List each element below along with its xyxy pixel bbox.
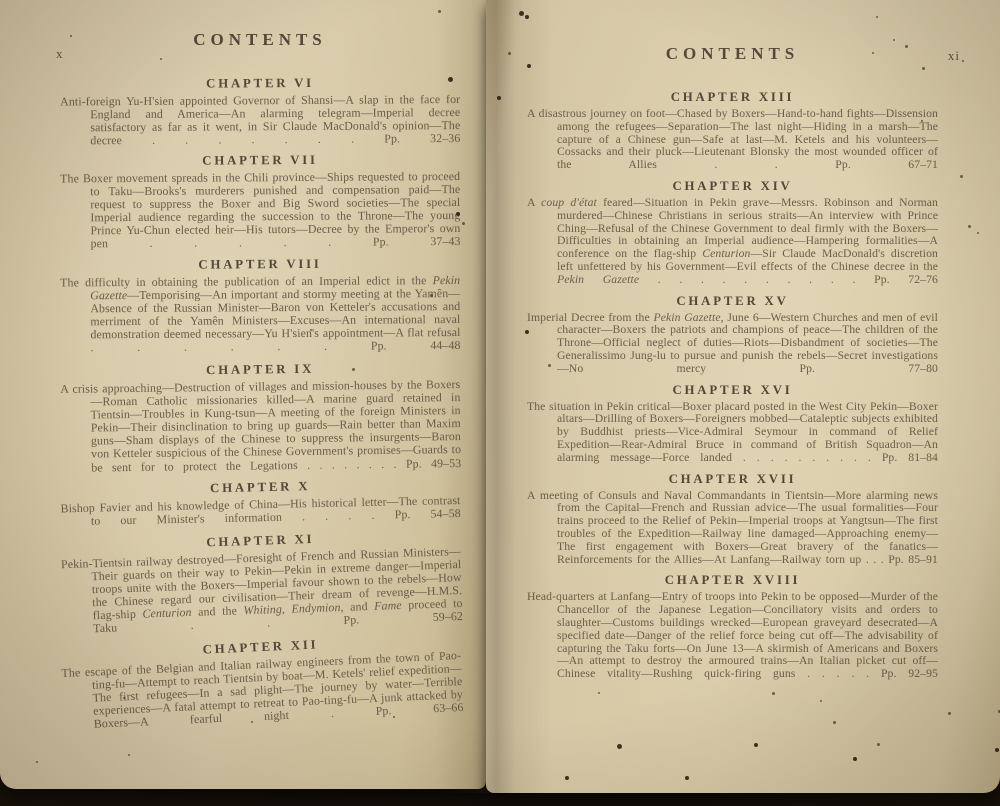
chapter-list-right: CHAPTER XIIIA disastrous journey on foot…	[527, 90, 938, 681]
right-page: CONTENTS xi CHAPTER XIIIA disastrous jou…	[486, 0, 1000, 793]
toc-chapter-entry: CHAPTER XIPekin-Tientsin railway destroy…	[60, 527, 463, 637]
page-range: Pp. 92–95	[881, 667, 938, 680]
page-range: Pp. 59–62	[343, 610, 463, 628]
page-range: Pp. 81–84	[882, 451, 938, 464]
toc-chapter-entry: CHAPTER XIIIA disastrous journey on foot…	[527, 90, 938, 172]
chapter-summary: A meeting of Consuls and Naval Commandan…	[527, 490, 938, 567]
toc-chapter-entry: CHAPTER IXA crisis approaching—Destructi…	[60, 360, 461, 475]
dot-leader: . . . . .	[807, 667, 869, 680]
chapter-summary: The difficulty in obtaining the publicat…	[60, 274, 460, 355]
left-page-content: x CONTENTS CHAPTER VIAnti-foreign Yu-H's…	[0, 0, 486, 789]
toc-chapter-entry: CHAPTER XBishop Favier and his knowledge…	[60, 476, 461, 529]
page-number-right: xi	[948, 48, 960, 64]
contents-heading-left: CONTENTS	[60, 30, 460, 50]
dot-leader: . . . .	[302, 508, 375, 524]
dot-leader: . . . . .	[150, 236, 332, 251]
dot-leader: . . .	[866, 553, 884, 566]
dot-leader: . .	[190, 616, 270, 633]
toc-chapter-entry: CHAPTER XVIIA meeting of Consuls and Nav…	[527, 472, 938, 567]
chapter-heading: CHAPTER XVIII	[527, 573, 938, 587]
chapter-heading: CHAPTER XV	[527, 294, 938, 308]
chapter-summary: Pekin-Tientsin railway destroyed—Foresig…	[61, 545, 463, 637]
dot-leader: .	[330, 706, 334, 720]
book-scan: x CONTENTS CHAPTER VIAnti-foreign Yu-H's…	[0, 0, 1000, 806]
chapter-heading: CHAPTER VI	[60, 75, 460, 91]
right-page-header: CONTENTS xi	[527, 44, 938, 82]
chapter-summary: The escape of the Belgian and Italian ra…	[61, 649, 464, 733]
page-range: Pp. 63–66	[375, 700, 463, 718]
dot-leader: . . . . . . . . . .	[658, 273, 856, 286]
dot-leader: . . . . . . .	[152, 132, 354, 147]
page-range: Pp. 44–48	[371, 338, 461, 353]
chapter-list-left: CHAPTER VIAnti-foreign Yu-H'sien appoint…	[60, 75, 460, 714]
toc-chapter-entry: CHAPTER VIIThe Boxer movement spreads in…	[60, 152, 461, 251]
toc-chapter-entry: CHAPTER XVIThe situation in Pekin critic…	[527, 383, 938, 465]
chapter-heading: CHAPTER IX	[60, 360, 460, 379]
dot-leader: . . . . . . . .	[307, 456, 397, 471]
page-range: Pp. 37–43	[373, 235, 461, 250]
dot-leader: . . . . . .	[91, 339, 328, 354]
chapter-summary: Head-quarters at Lanfang—Entry of troops…	[527, 591, 938, 681]
page-range: Pp. 77–80	[799, 362, 938, 375]
chapter-heading: CHAPTER XVI	[527, 383, 938, 397]
left-page: x CONTENTS CHAPTER VIAnti-foreign Yu-H's…	[0, 0, 486, 789]
contents-heading-right: CONTENTS	[527, 44, 938, 64]
page-range: Pp. 85–91	[888, 553, 938, 566]
chapter-summary: The situation in Pekin critical—Boxer pl…	[527, 401, 938, 465]
toc-chapter-entry: CHAPTER XVImperial Decree from the Pekin…	[527, 294, 938, 376]
chapter-heading: CHAPTER VII	[60, 152, 460, 168]
toc-chapter-entry: CHAPTER VIAnti-foreign Yu-H'sien appoint…	[60, 75, 460, 148]
page-range: Pp. 67–71	[835, 158, 938, 171]
toc-chapter-entry: CHAPTER XIIThe escape of the Belgian and…	[60, 631, 463, 733]
chapter-summary-text: A crisis approaching—Destruction of vill…	[60, 376, 461, 473]
page-range: Pp. 54–58	[395, 506, 461, 521]
chapter-heading: CHAPTER XIII	[527, 90, 938, 104]
chapter-summary: Anti-foreign Yu-H'sien appointed Governo…	[60, 93, 460, 148]
chapter-summary-text: Head-quarters at Lanfang—Entry of troops…	[527, 590, 938, 680]
chapter-summary-text: The situation in Pekin critical—Boxer pl…	[527, 400, 938, 464]
left-page-header: x CONTENTS	[60, 30, 460, 68]
right-page-content: CONTENTS xi CHAPTER XIIIA disastrous jou…	[486, 0, 1000, 793]
chapter-summary: Bishop Favier and his knowledge of China…	[60, 494, 460, 529]
dot-leader: . . . . . . . . . .	[743, 451, 871, 464]
page-range: Pp. 49–53	[406, 455, 462, 470]
toc-chapter-entry: CHAPTER XIVA coup d'état feared—Situatio…	[527, 179, 938, 287]
chapter-summary: A crisis approaching—Destruction of vill…	[60, 377, 461, 474]
page-range: Pp. 32–36	[384, 131, 460, 145]
chapter-heading: CHAPTER VIII	[60, 256, 460, 272]
page-range: Pp. 72–76	[874, 273, 938, 286]
chapter-heading: CHAPTER XIV	[527, 179, 938, 193]
toc-chapter-entry: CHAPTER VIIIThe difficulty in obtaining …	[60, 256, 461, 355]
chapter-summary: Imperial Decree from the Pekin Gazette, …	[527, 312, 938, 376]
toc-chapter-entry: CHAPTER XVIIIHead-quarters at Lanfang—En…	[527, 573, 938, 681]
chapter-summary: A disastrous journey on foot—Chased by B…	[527, 108, 938, 172]
page-number-left: x	[56, 46, 64, 62]
chapter-summary: The Boxer movement spreads in the Chili …	[60, 170, 460, 251]
chapter-summary-text: The difficulty in obtaining the publicat…	[60, 273, 460, 342]
chapter-heading: CHAPTER XVII	[527, 472, 938, 486]
chapter-summary: A coup d'état feared—Situation in Pekin …	[527, 197, 938, 287]
dot-leader: . .	[714, 158, 777, 171]
